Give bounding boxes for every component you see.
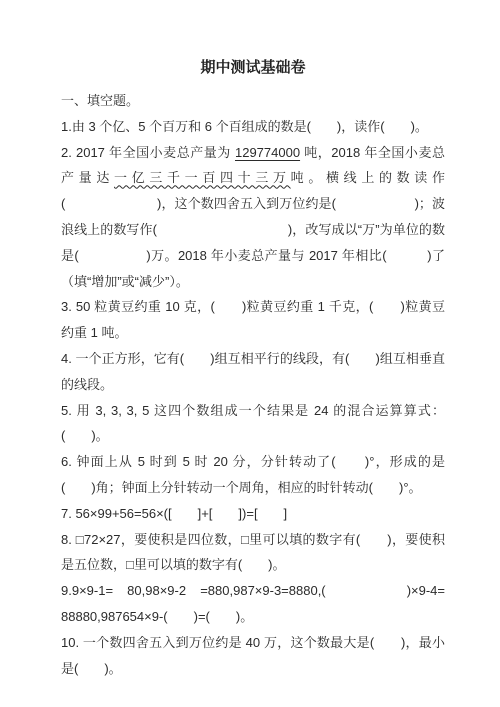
- question-4: 4. 一个正方形，它有( )组互相平行的线段，有( )组互相垂直的线段。: [61, 346, 445, 398]
- wavy-underlined-number-words: 一亿三千一百四十三万: [114, 170, 291, 185]
- page-title: 期中测试基础卷: [61, 55, 445, 81]
- question-2: 2. 2017 年全国小麦总产量为 129774000 吨，2018 年全国小麦…: [61, 140, 445, 295]
- section-heading: 一、填空题。: [61, 88, 445, 114]
- question-7: 7. 56×99+56=56×([ ]+[ ])=[ ]: [61, 501, 445, 527]
- question-6: 6. 钟面上从 5 时到 5 时 20 分，分针转动了( )°，形成的是( )角…: [61, 449, 445, 501]
- question-2-text-end: 吨。横线上的数读作( )，这个数四舍五入到万位约是( )；波浪线上的数写作( )…: [61, 170, 445, 288]
- document-page: 期中测试基础卷 一、填空题。 1.由 3 个亿、5 个百万和 6 个百组成的数是…: [0, 0, 500, 707]
- question-2-text-start: 2. 2017 年全国小麦总产量为: [61, 145, 235, 160]
- question-3: 3. 50 粒黄豆约重 10 克，( )粒黄豆约重 1 千克，( )粒黄豆约重 …: [61, 294, 445, 346]
- question-9: 9.9×9-1= 80,98×9-2 =880,987×9-3=8880,( )…: [61, 578, 445, 630]
- question-5: 5. 用 3, 3, 3, 5 这四个数组成一个结果是 24 的混合运算算式：(…: [61, 398, 445, 450]
- underlined-number: 129774000: [235, 145, 300, 160]
- question-1: 1.由 3 个亿、5 个百万和 6 个百组成的数是( )，读作( )。: [61, 114, 445, 140]
- document-content: 期中测试基础卷 一、填空题。 1.由 3 个亿、5 个百万和 6 个百组成的数是…: [61, 55, 445, 681]
- question-8: 8. □72×27，要使积是四位数，□里可以填的数字有( )，要使积是五位数，□…: [61, 527, 445, 579]
- question-10: 10. 一个数四舍五入到万位约是 40 万，这个数最大是( )，最小是( )。: [61, 630, 445, 682]
